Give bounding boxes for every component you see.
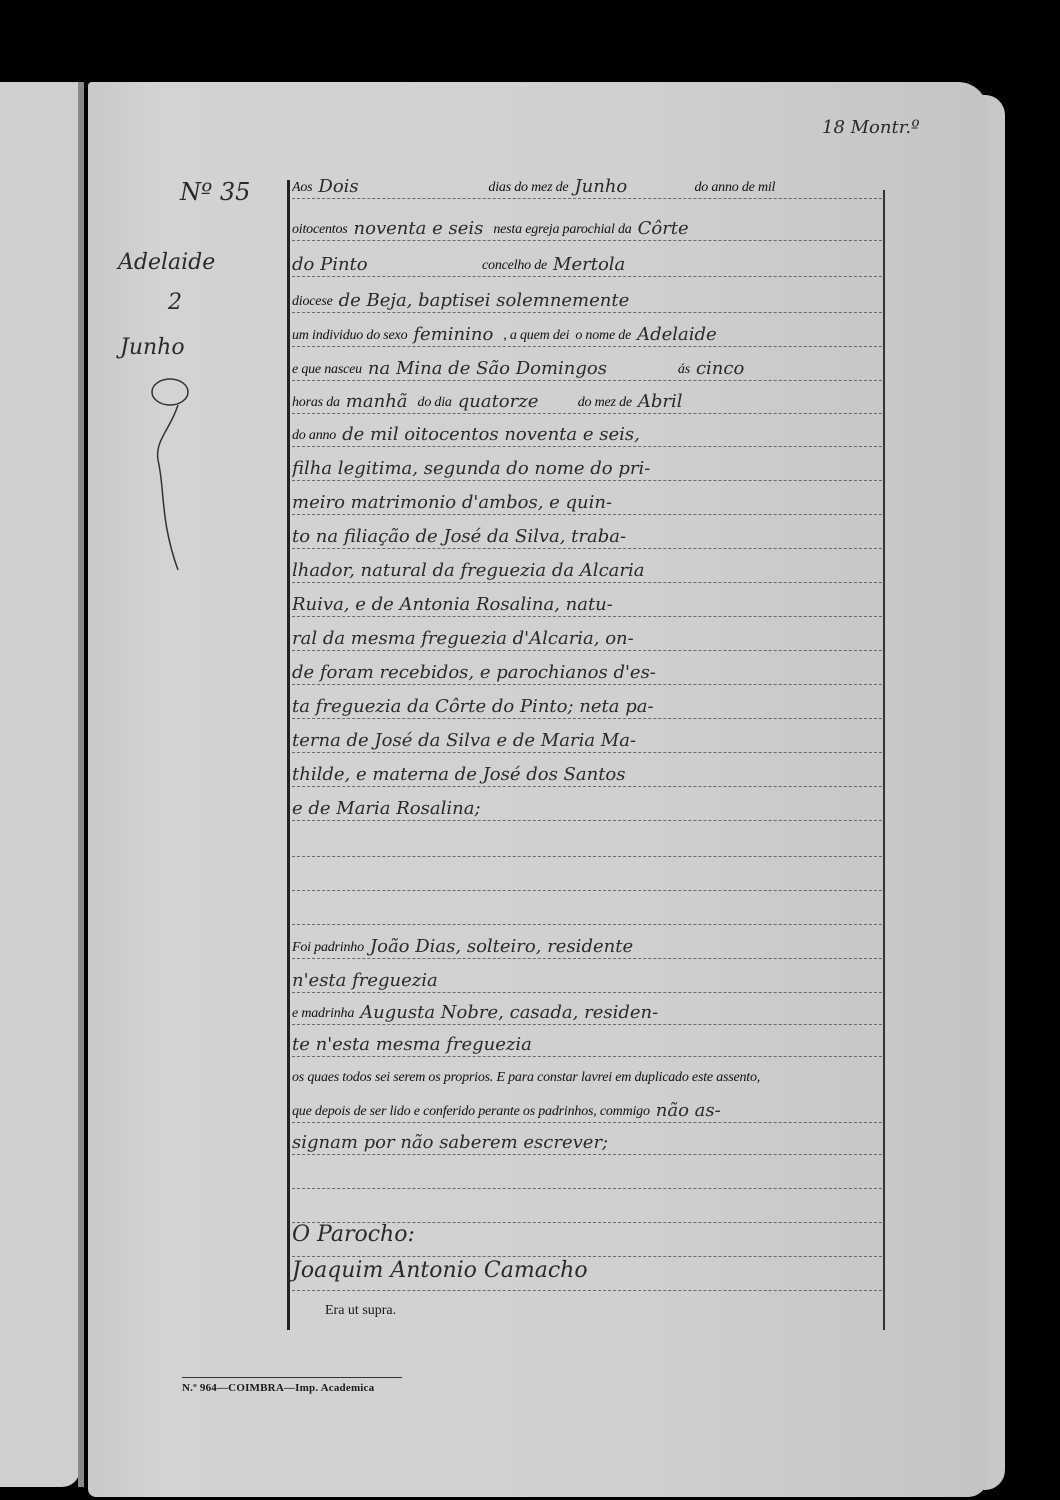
imprint-rule — [182, 1377, 402, 1378]
madrinha-line: e madrinha Augusta Nobre, casada, reside… — [292, 996, 882, 1025]
closing-line-2: que depois de ser lido e conferido peran… — [292, 1094, 882, 1123]
blank-line — [292, 1194, 882, 1223]
blank-line — [292, 828, 882, 857]
left-rule — [287, 180, 290, 1330]
left-facing-page — [0, 82, 80, 1487]
body-line: e de Maria Rosalina; — [292, 792, 882, 821]
body-line: to na filiação de José da Silva, traba- — [292, 520, 882, 549]
padrinho-line: Foi padrinho João Dias, solteiro, reside… — [292, 930, 882, 959]
body-line: ta freguezia da Côrte do Pinto; neta pa- — [292, 690, 882, 719]
right-rule — [883, 190, 885, 1330]
margin-mark-icon — [140, 370, 220, 570]
closing-line-3: signam por não saberem escrever; — [292, 1126, 882, 1155]
form-line-5: um individuo do sexo feminino , a quem d… — [292, 318, 882, 347]
body-line: Ruiva, e de Antonia Rosalina, natu- — [292, 588, 882, 617]
closing-line-1: os quaes todos sei serem os proprios. E … — [292, 1060, 882, 1088]
folio-note: 18 Montr.º — [822, 117, 920, 138]
margin-note-month: Junho — [120, 335, 185, 360]
body-line: thilde, e materna de José dos Santos — [292, 758, 882, 787]
form-line-7: horas da manhã do dia quatorze do mez de… — [292, 385, 882, 414]
body-line: de foram recebidos, e parochianos d'es- — [292, 656, 882, 685]
page-gutter — [78, 82, 84, 1487]
form-line-4: diocese de Beja, baptisei solemnemente — [292, 284, 882, 313]
margin-note-day: 2 — [168, 290, 182, 315]
printer-imprint: N.º 964—COIMBRA—Imp. Academica — [182, 1382, 374, 1394]
body-line: filha legitima, segunda do nome do pri- — [292, 452, 882, 481]
entry-number: Nº 35 — [180, 178, 250, 206]
blank-line — [292, 1160, 882, 1189]
padrinho-line-2: n'esta freguezia — [292, 964, 882, 993]
signature-title: O Parocho: — [292, 1222, 415, 1247]
body-line: terna de José da Silva e de Maria Ma- — [292, 724, 882, 753]
body-line: ral da mesma freguezia d'Alcaria, on- — [292, 622, 882, 651]
body-line: lhador, natural da freguezia da Alcaria — [292, 554, 882, 583]
signature-name: Joaquim Antonio Camacho — [292, 1258, 588, 1283]
madrinha-line-2: te n'esta mesma freguezia — [292, 1028, 882, 1057]
margin-note-name: Adelaide — [118, 250, 215, 275]
era-ut-supra: Era ut supra. — [325, 1303, 396, 1319]
body-line: meiro matrimonio d'ambos, e quin- — [292, 486, 882, 515]
blank-line — [292, 862, 882, 891]
form-line-8: do anno de mil oitocentos noventa e seis… — [292, 418, 882, 447]
form-line-3: do Pinto concelho de Mertola — [292, 248, 882, 277]
form-line-1: Aos Dois dias do mez de Junho do anno de… — [292, 170, 882, 199]
blank-line — [292, 896, 882, 925]
form-line-6: e que nasceu na Mina de São Domingos ás … — [292, 352, 882, 381]
form-line-2: oitocentos noventa e seis nesta egreja p… — [292, 212, 882, 241]
